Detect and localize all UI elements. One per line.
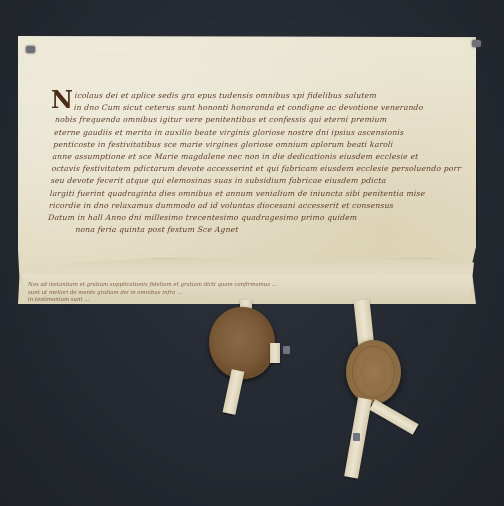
text-line: ricordie in dno relaxamus dummodo ad id … — [49, 200, 460, 212]
text-line: icolaus dei et aplice sedis gra epus tud… — [56, 90, 467, 102]
subscript-line: sunt ut meliori de mente gratiam dei in … — [28, 290, 468, 298]
text-line: largiti fuerint quadraginta dies omnibus… — [49, 188, 460, 200]
text-line: in dno Cum sicut ceterus sunt hononti ho… — [55, 102, 466, 114]
mounting-pin-left — [26, 46, 35, 53]
metal-clip-left — [283, 346, 290, 354]
text-line: seu devote fecerit atque qui elemosinas … — [50, 175, 461, 187]
text-line: Datum in hall Anno dni millesimo trecent… — [48, 212, 459, 224]
metal-clip-right — [353, 433, 360, 441]
text-line: nona feria quinta post festum Sce Agnet — [47, 224, 458, 236]
mounting-pin-right — [472, 40, 481, 47]
text-line: penticoste in festivitatibus sce marie v… — [53, 139, 464, 151]
charter-text: icolaus dei et aplice sedis gra epus tud… — [47, 90, 467, 236]
wax-seal-right — [346, 340, 401, 404]
text-line: octavis festivitatem pdictarum devote ac… — [51, 163, 462, 175]
subscript-line: Nos ad instantiam et gratiam supplicatio… — [28, 282, 468, 290]
text-line: nobis frequenda omnibus igitur vere peni… — [55, 114, 466, 126]
text-line: anne assumptione et sce Marie magdalene … — [52, 151, 463, 163]
wax-seal-left — [209, 307, 275, 379]
text-line: eterne gaudiis et merita in auxilio beat… — [54, 127, 465, 139]
seal-strap-left-side — [270, 343, 280, 363]
